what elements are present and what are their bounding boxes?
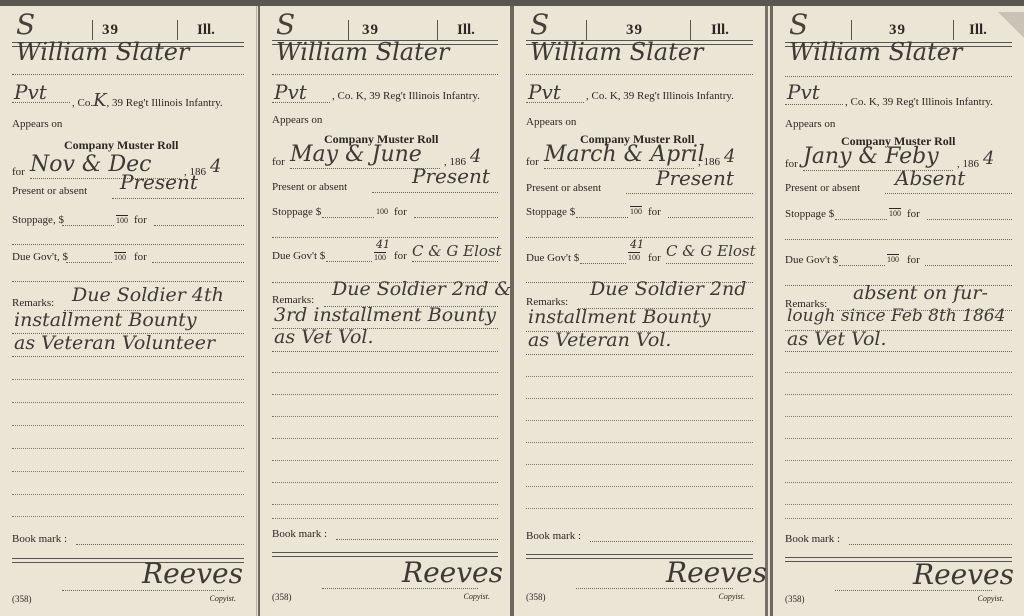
remarks-rule [272, 351, 498, 352]
remarks-line-2: lough since Feb 8th 1864 [787, 306, 1005, 326]
state-abbrev: Ill. [969, 22, 987, 39]
remarks-rule [785, 351, 1012, 352]
stoppage-for: for [134, 214, 147, 226]
rank-line [785, 104, 843, 105]
book-mark-label: Book mark : [526, 530, 581, 542]
copyist-signature: Reeves [402, 556, 503, 589]
blank-line [272, 438, 498, 439]
stoppage-label: Stoppage $ [272, 206, 321, 218]
due-amount: 41 [376, 238, 390, 251]
blank-line [785, 416, 1012, 417]
unit-text: , Co. K, 39 Reg't Illinois Infantry. [332, 90, 480, 102]
state-abbrev: Ill. [197, 22, 215, 39]
header-divider [92, 20, 93, 40]
blank-line [785, 518, 1012, 519]
blank-line [785, 504, 1012, 505]
roll-period: March & April [544, 142, 705, 167]
stoppage-label: Stoppage $ [526, 206, 575, 218]
present-absent-label: Present or absent [526, 182, 601, 194]
header-divider [177, 20, 178, 40]
book-mark-label: Book mark : [12, 533, 67, 545]
unit-text: , Co.K, 39 Reg't Illinois Infantry. [72, 90, 223, 111]
copyist-label: Copyist. [464, 592, 490, 601]
regiment-number: 39 [626, 22, 643, 39]
blank-line [526, 398, 753, 399]
remarks-line-2: installment Bounty [14, 309, 197, 331]
stoppage-amount-line [576, 217, 628, 218]
signature-line [62, 590, 224, 591]
due-gov-label: Due Gov't $ [526, 252, 579, 264]
book-mark-line [849, 544, 1012, 545]
blank-line [272, 460, 498, 461]
signature-line [322, 588, 478, 589]
remarks-line-1: Due Soldier 2nd [590, 278, 746, 300]
remarks-line-3: as Veteran Volunteer [14, 332, 215, 354]
due-for: for [134, 251, 147, 263]
due-for-line [666, 263, 753, 264]
blank-line [272, 416, 498, 417]
blank-line [526, 420, 753, 421]
blank-line [12, 379, 244, 380]
hundred-fraction: 100 [889, 209, 901, 218]
attendance-status: Absent [895, 166, 965, 190]
unit-text: , Co. K, 39 Reg't Illinois Infantry. [586, 90, 734, 102]
remarks-line-3: as Veteran Vol. [528, 329, 671, 351]
blank-line [272, 504, 498, 505]
blank-line [785, 372, 1012, 373]
name-line [526, 74, 753, 75]
remarks-line-3: as Vet Vol. [787, 328, 887, 350]
muster-card-2: S 39 Ill. William Slater Pvt , Co. K, 39… [258, 6, 512, 616]
stoppage-for-line [414, 217, 498, 218]
blank-line [785, 438, 1012, 439]
unit-text: , Co. K, 39 Reg't Illinois Infantry. [845, 96, 993, 108]
folded-corner [998, 12, 1024, 38]
blank-line [785, 394, 1012, 395]
blank-line [272, 372, 498, 373]
blank-line [785, 460, 1012, 461]
regiment-number: 39 [102, 22, 119, 39]
rank-line [272, 102, 330, 103]
muster-card-1: S 39 Ill. William Slater Pvt , Co.K, 39 … [0, 6, 257, 616]
hundred-fraction: 100 [374, 253, 386, 262]
form-number: (358) [526, 592, 546, 602]
signature-line [576, 588, 733, 589]
due-for-line [412, 261, 498, 262]
index-letter: S [530, 8, 549, 41]
book-mark-line [590, 541, 753, 542]
copyist-signature: Reeves [913, 558, 1014, 591]
blank-line [12, 516, 244, 517]
soldier-name: William Slater [276, 38, 449, 66]
book-mark-line [76, 544, 244, 545]
roll-title: Company Muster Roll [64, 138, 178, 153]
rank: Pvt [528, 80, 561, 104]
status-line [112, 198, 244, 199]
stoppage-for: for [648, 206, 661, 218]
remarks-label: Remarks: [12, 297, 54, 309]
blank-line [12, 448, 244, 449]
due-for-line [925, 265, 1012, 266]
hundred-fraction: 100 [628, 253, 640, 262]
index-letter: S [789, 8, 808, 41]
blank-line [785, 482, 1012, 483]
rank-line [12, 102, 70, 103]
header-divider [586, 20, 587, 40]
due-amount-line [839, 265, 885, 266]
header-divider [851, 20, 852, 40]
index-letter: S [16, 8, 35, 41]
blank-line [272, 482, 498, 483]
rank-line [526, 102, 584, 103]
stoppage-label: Stoppage $ [785, 208, 834, 220]
muster-card-3: S 39 Ill. William Slater Pvt , Co. K, 39… [512, 6, 768, 616]
status-line [885, 193, 1012, 194]
hundred-fraction: 100 [376, 207, 388, 216]
blank-line [272, 518, 498, 519]
hundred-fraction: 100 [116, 216, 128, 225]
stoppage-for-line [927, 219, 1012, 220]
rank: Pvt [787, 80, 820, 104]
stoppage-for: for [394, 206, 407, 218]
remarks-line-2: installment Bounty [528, 306, 711, 328]
appears-on-label: Appears on [12, 118, 62, 130]
copyist-label: Copyist. [210, 594, 236, 603]
blank-line [12, 425, 244, 426]
due-amount-line [580, 263, 626, 264]
blank-line [12, 471, 244, 472]
roll-period: May & June [290, 142, 422, 167]
name-line [12, 74, 244, 75]
for-label: for [12, 166, 25, 178]
blank-line [526, 508, 753, 509]
remarks-rule [12, 356, 244, 357]
present-absent-label: Present or absent [272, 181, 347, 193]
remarks-line-1: Due Soldier 2nd & [332, 278, 511, 300]
due-reason: C & G Elost [666, 242, 756, 260]
blank-line [526, 442, 753, 443]
name-line [272, 74, 498, 75]
stoppage-for-line [668, 217, 753, 218]
due-gov-label: Due Gov't $ [272, 250, 325, 262]
rank: Pvt [274, 80, 307, 104]
index-letter: S [276, 8, 295, 41]
blank-line [526, 486, 753, 487]
blank-line [272, 394, 498, 395]
header-divider [690, 20, 691, 40]
year-digit: 4 [983, 148, 994, 169]
stoppage-for: for [907, 208, 920, 220]
for-label: for [272, 156, 285, 168]
present-absent-label: Present or absent [12, 185, 87, 197]
status-line [626, 193, 753, 194]
state-abbrev: Ill. [711, 22, 729, 39]
stoppage-amount-line [835, 219, 887, 220]
soldier-name: William Slater [16, 38, 189, 66]
hundred-fraction: 100 [630, 207, 642, 216]
blank-line [12, 281, 244, 282]
blank-line [12, 244, 244, 245]
soldier-name: William Slater [789, 38, 962, 66]
copyist-label: Copyist. [719, 592, 745, 601]
blank-line [12, 494, 244, 495]
remarks-line-1: Due Soldier 4th [72, 284, 224, 306]
blank-line [12, 402, 244, 403]
regiment-number: 39 [362, 22, 379, 39]
stoppage-amount-line [322, 217, 374, 218]
attendance-status: Present [120, 170, 198, 194]
due-amount-line [326, 261, 372, 262]
stoppage-for-line [154, 225, 244, 226]
signature-line [835, 590, 992, 591]
form-number: (358) [12, 594, 32, 604]
remarks-line-3: as Vet Vol. [274, 326, 374, 348]
hundred-fraction: 100 [114, 253, 126, 262]
status-line [372, 192, 498, 193]
hundred-fraction: 100 [887, 255, 899, 264]
muster-card-4: S 39 Ill. William Slater Pvt , Co. K, 39… [770, 6, 1024, 616]
soldier-name: William Slater [530, 38, 703, 66]
appears-on-label: Appears on [272, 114, 322, 126]
due-for: for [394, 250, 407, 262]
header-divider [437, 20, 438, 40]
present-absent-label: Present or absent [785, 182, 860, 194]
header-divider [348, 20, 349, 40]
attendance-status: Present [656, 166, 734, 190]
book-mark-line [336, 539, 498, 540]
form-number: (358) [272, 592, 292, 602]
year-digit: 4 [210, 156, 221, 177]
due-amount: 41 [630, 238, 644, 251]
attendance-status: Present [412, 164, 490, 188]
blank-line [785, 239, 1012, 240]
regiment-number: 39 [889, 22, 906, 39]
remarks-line-2: 3rd installment Bounty [274, 304, 496, 326]
due-for-line [152, 262, 244, 263]
copyist-label: Copyist. [978, 594, 1004, 603]
copyist-signature: Reeves [142, 557, 243, 590]
copyist-signature: Reeves [666, 556, 767, 589]
due-gov-label: Due Gov't $ [785, 254, 838, 266]
book-mark-label: Book mark : [785, 533, 840, 545]
year-digit: 4 [724, 146, 735, 167]
header-divider [953, 20, 954, 40]
due-gov-label: Due Gov't, $ [12, 251, 68, 263]
due-for: for [907, 254, 920, 266]
stoppage-amount-line [62, 225, 114, 226]
form-number: (358) [785, 594, 805, 604]
book-mark-label: Book mark : [272, 528, 327, 540]
rank: Pvt [14, 80, 47, 104]
appears-on-label: Appears on [526, 116, 576, 128]
state-abbrev: Ill. [457, 22, 475, 39]
stoppage-label: Stoppage, $ [12, 214, 64, 226]
name-line [785, 76, 1012, 77]
remarks-line-1: absent on fur- [853, 282, 988, 304]
for-label: for [526, 156, 539, 168]
for-label: for [785, 158, 798, 170]
due-for: for [648, 252, 661, 264]
appears-on-label: Appears on [785, 118, 835, 130]
due-amount-line [66, 262, 112, 263]
remarks-rule [526, 354, 753, 355]
due-reason: C & G Elost [412, 242, 502, 260]
blank-line [526, 376, 753, 377]
blank-line [526, 464, 753, 465]
